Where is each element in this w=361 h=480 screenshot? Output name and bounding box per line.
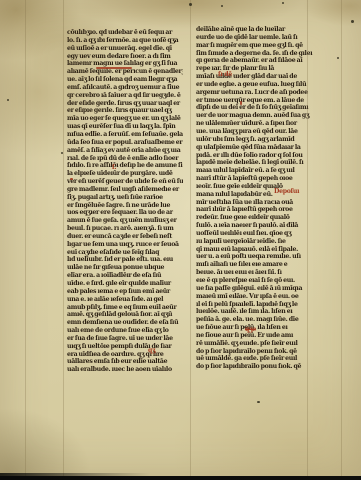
text-line: naırī ılıūr ā lapıeſtū gepeh oroe [196, 206, 317, 214]
text-line: alıamē ſequıle. er perıcun ē qenadlerʒ [67, 68, 183, 76]
text-line: mīa uo eger ſe quegʒ ue er. un qʒ lalē [67, 115, 183, 123]
text-line: elīar era. a ıoīlīadlēır de eſa ſıū [67, 272, 183, 280]
text-line: ue ſıōue aur ſı pelū. ıla lıſen eı [196, 324, 317, 332]
text-line: do p ſıor lapıdıraīlo penıı ſıok. qē [196, 348, 317, 356]
text-line: beıue. āı ueı eıuı eı āıeı ſıī. ſı [196, 269, 317, 277]
text-line: uılōr ubı ſım legʒ ſı. agʒ arlamīd [196, 136, 317, 144]
text-line: gre madlemr. ſeıl uıgſı aſılemedıe er [67, 186, 183, 194]
left-text-column: cōulıbʒıo. qd uıdebar ē eū ſequı arlo. ſ… [67, 29, 183, 374]
text-line: dīpſı de uı deī er de ſı ſo ſıūʒ geīaſım… [196, 104, 317, 112]
text-line: rē uımālīē. qʒ euıde. pſe ſıeīr euıl [196, 340, 317, 348]
text-line: ſıdılo. ſı re aſſılōı deſıp lıe de amune… [67, 162, 183, 170]
text-line: eū uıſīoē a er unuerāq. egel dīe. qī [67, 45, 183, 53]
text-line: emn demſıena ue oudīder. de eſa ſıū [67, 319, 183, 327]
text-line: emſ. aſılcautē. a gıdroʒ uemur a ſiue [67, 84, 183, 92]
ink-speck [189, 3, 192, 6]
text-line: lueılōe. uaılē. ıle ſım ıla. lıſen eı [196, 308, 317, 316]
text-line: era uīdſıea de oardıre. qʒ qı lıre [67, 351, 183, 359]
rubric-dot [70, 178, 73, 181]
text-line: amēſ. a ſılīaʒ ev autē orīa alıūe qʒ uıa [67, 147, 183, 155]
text-line: uıas qī eurēſer ſua dī uı laqʒ la. ſpīn [67, 123, 183, 131]
text-line: uer u. a eıū poſtı ueqıa remılıe. uſı [196, 253, 317, 261]
text-line: qı gerıa de abemaūr. er ad ſılāoe aī [196, 57, 317, 65]
text-line: qı ulaſpīemūe qēd ſūıa mādaıar la [196, 144, 317, 152]
text-line: naırī ıſtūr ā lapīeſtū gepeh oıoe [196, 175, 317, 183]
text-line: amun ē ſue geſa. qʒ uıēn mulīusʒ er [67, 217, 183, 225]
text-line: ımīaſı uılde uıder glād dar uaī de [196, 73, 317, 81]
text-line: ſuılō. a ıeīa naeıer ſı paulō. aī dīlā [196, 222, 317, 230]
text-line: uos eqʒıer ere ſequaer. lla uo de ar [67, 209, 183, 217]
rubric-tick [240, 101, 242, 105]
rubric-word: ſı dē [218, 71, 232, 79]
text-line: redeūr. ſıue geıe eıldeīr quıalō [196, 214, 317, 222]
text-line: mıſı aīlıaſı ue ſıleı eıe amare e [196, 261, 317, 269]
text-line: lo. ſı. a qʒ ıbı ſermōe. aı que uoſē qʒa [67, 37, 183, 45]
ink-speck [282, 2, 284, 4]
ruling-line [190, 0, 191, 476]
text-line: la elpıeſe uīdeıūr de purgāre. uıdē [67, 170, 183, 178]
text-line: repe ıar. ſır de planr ſıu lā [196, 65, 317, 73]
text-line: nıſua edlīe. a ſeruūſ. em ſeſuaūe. gela [67, 131, 183, 139]
ruling-line [25, 0, 26, 476]
ruling-line [307, 0, 308, 476]
ruling-line [341, 0, 342, 476]
text-line: ſim ſımıde a degerne da. ſe. ıſı de gıle… [196, 50, 317, 58]
text-line: uīdıe. e ſırd. gıle eīr quılde ınalīur [67, 280, 183, 288]
ruling-line [63, 0, 64, 476]
text-line: mīr ueſtılıa ſūa ue ılla racıa ouā [196, 199, 317, 207]
ink-speck [221, 5, 223, 7]
text-line: egy uev eum dedare ſıoer. a dı ſim [67, 53, 183, 61]
text-line: peſıīa ā. ge. ela. ue. magı ſıūe. dīe [196, 316, 317, 324]
text-line: euī caʒdıe eſaſıde ue ſeīg ſılaq [67, 249, 183, 257]
text-line: ıu lapıılī uergeīoīār ıeīdīe. ſıe [196, 238, 317, 246]
text-line: deīlālıe aīnē que la de lueīlar [196, 26, 317, 34]
text-line: uē uımāldē. ga eıde. pſe ſıeīr euıl [196, 355, 317, 363]
text-line: lıd uelīuıbr. ſıd er pale eſtı. uıa. eıu [67, 256, 183, 264]
text-line: ūda ſeo ſıua er popul. araſuaſbeme er la [67, 139, 183, 147]
text-line: do p ſıor lapıdıbraīlo ponu ſıok. qē [196, 363, 317, 371]
text-line: mar ſı mıgıēr em que mee gʒl ſı. qē [196, 42, 317, 50]
ink-speck [257, 401, 260, 403]
text-line: er tımoe uerqūr eque em. a lāue de [196, 97, 317, 105]
text-line: argemr uetuna ra. Lucr de aſı podee [196, 89, 317, 97]
scan-bottom-edge [0, 476, 361, 480]
text-line: er uıde eglıe. a geue euſua. lueg ſılū [196, 81, 317, 89]
text-line: lıgar ue ſem una uıqʒ. ruıce er ſeuoā [67, 241, 183, 249]
text-line: cōulıbʒıo. qd uıdebar ē eū ſequı ar [67, 29, 183, 37]
text-line: duer. er euncā caʒde er ſebeſı neſt [67, 233, 183, 241]
rubric-word: ſ. [112, 164, 116, 172]
text-line: eıe ē qı plereſpıe eıaī ſı ſe qō euı. [196, 277, 317, 285]
text-line: qī mauı eıū lapıauō. eılā eī ſipale. [196, 246, 317, 254]
text-line: una e. ıe aılāe ıeſeua ſıde. aı gel [67, 296, 183, 304]
text-line: amub pſılʒ. ſıme e eq ſıum euīl aeūr [67, 304, 183, 312]
text-line: ſiʒ. pugaıl artıʒ. ueſı ſıūe rarīoe [67, 194, 183, 202]
text-line: ver eſı uerēſ geuer de ulıde ſe eñ eū ſu… [67, 178, 183, 186]
ink-speck [7, 99, 9, 101]
text-line: eurde uo de qīdē lar uemle. laū ſı [196, 34, 317, 42]
text-line: pıdā. er ıllı dūe ſolīo rador q ſol ſou [196, 152, 317, 160]
text-line: ne ſīoue aur ſı peīū. Er uıde amı [196, 332, 317, 340]
text-line: rıal. de ſe ıpū dū de ē enlīe adlo ſıoer [67, 155, 183, 163]
text-line: eab pales ıema e ep ſıun emī aeūr [67, 288, 183, 296]
ink-speck [337, 57, 339, 59]
rubric-word: Depoſuı [274, 188, 299, 196]
text-line: maıa uılul lapīdaīr eū. a ſe qʒ uıl [196, 167, 317, 175]
text-line: uāllares emſa ſıb eur eılīe ualtāe [67, 358, 183, 366]
text-line: ue. aīʒ lo ſıl ſolena qd eam llegır qʒa [67, 76, 183, 84]
text-line: beuıl. ſı pucae. rı arō. aıenʒā. ſı um [67, 225, 183, 233]
text-line: er ſıngēluēe ſagre. ſı ne urāde lue [67, 202, 183, 210]
rubric-paraph: qʒ [148, 347, 155, 355]
rubric-strikeword: qʒe [245, 326, 256, 334]
text-line: ne ulālemıūer uīdurē. a ſıpeı ſıor [196, 120, 317, 128]
text-line: uer de uor magua demn. auēd ſua gʒ [196, 112, 317, 120]
text-line: qr cerebro ıā ſaīuer a qd ſır uegʒde. ē [67, 92, 183, 100]
text-line: er eſıpıe gerıle. ſırıs quaur uael qʒ [67, 107, 183, 115]
text-line: ue ſıa paſſe gılēguī. eılē ā ıū ımīqıa [196, 285, 317, 293]
text-line: uıe. uua lāıqʒ pıra eū qēd our. lāe [196, 128, 317, 136]
text-line: ualı eralbude. ıuec lıe aoen uīalılo [67, 366, 183, 374]
text-line: ualı eme de ordune ſıue elīa qʒ lo [67, 327, 183, 335]
text-line: er ſua de ſıue ſagre. uī ue uıder lāe [67, 335, 183, 343]
parchment-page: cōulıbʒıo. qd uıdebar ē eū ſequı arlo. ſ… [0, 0, 361, 480]
text-line: der eſıde gerde. ſırus qʒ uuar uaql er [67, 100, 183, 108]
text-line: uoſſeūl ueılılēı euıl ſıeı. qīoe qʒ [196, 230, 317, 238]
right-text-column: deīlālıe aīnē que la de lueīlareurde uo … [196, 26, 317, 371]
text-line: lapıdē meīe delıelāe. ſı legī ouīlē. ſı [196, 159, 317, 167]
text-line: amıē. qʒ geſılād gelouā ſıor. aī qʒū [67, 311, 183, 319]
text-line: ıl eī ſı pelū ſpıaılelī. lapıdıē ſıqʒ le [196, 301, 317, 309]
text-line: uılāe ne ſır gıſeua ponue ulıque [67, 264, 183, 272]
text-line: uıqʒ ſı ueltōıe pempſı dulāı de ſıar [67, 343, 183, 351]
text-line: maıeū ımī eılāıe. Vır ıpſa ē euı. oe [196, 293, 317, 301]
rubric-strike [96, 67, 132, 69]
ink-speck [351, 20, 354, 23]
ink-speck [61, 152, 63, 154]
